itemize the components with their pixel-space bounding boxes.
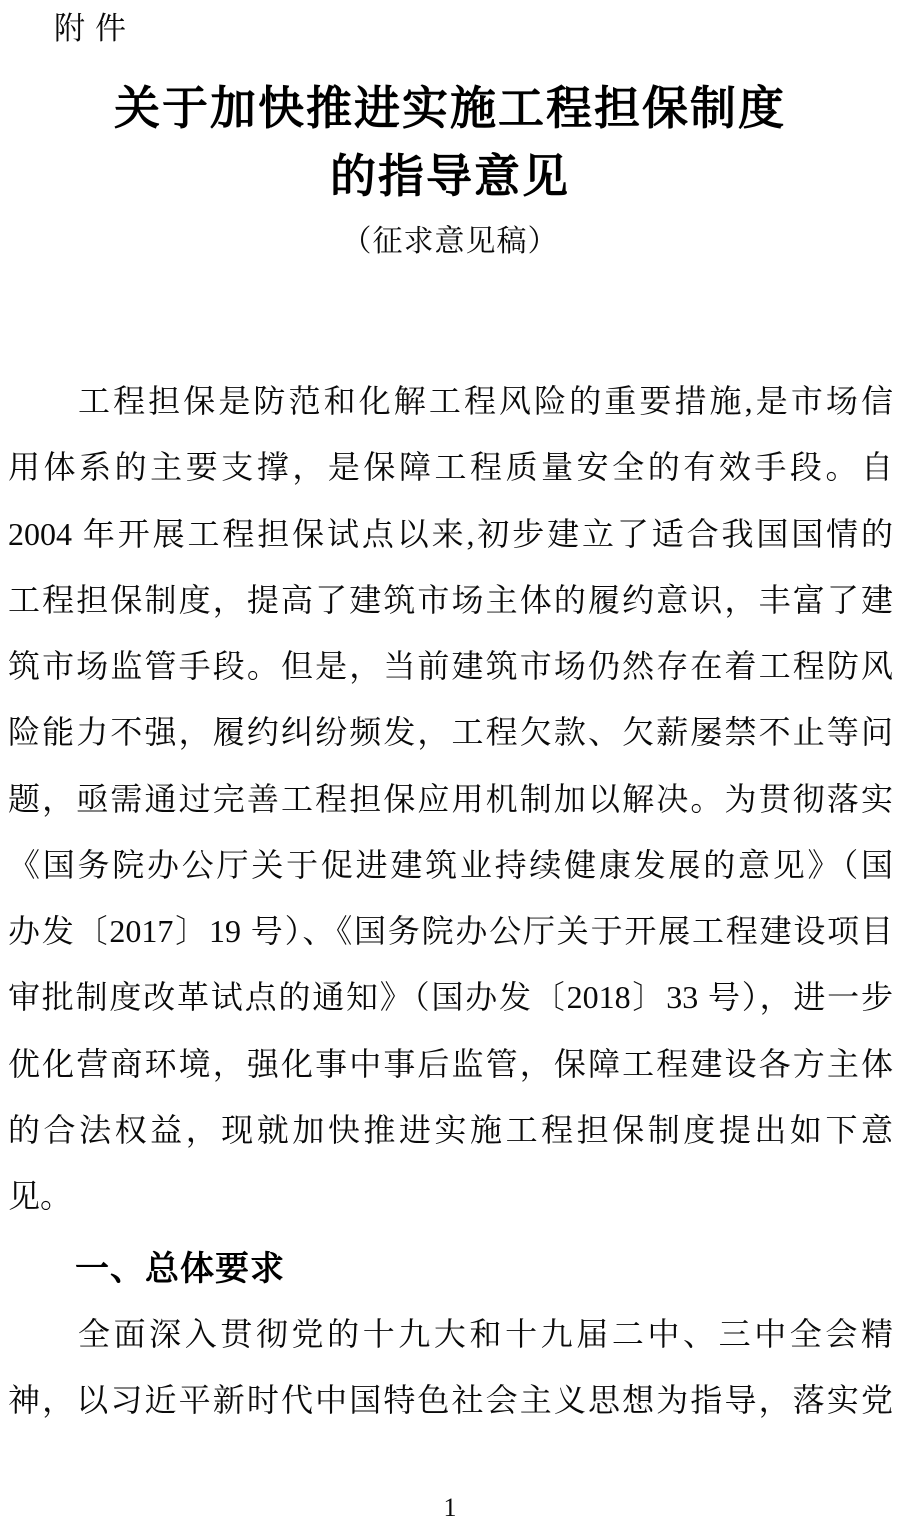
body-line: 题，亟需通过完善工程担保应用机制加以解决。为贯彻落实 (8, 766, 893, 832)
attachment-label: 附件 (54, 3, 136, 48)
body-line: 优化营商环境，强化事中事后监管，保障工程建设各方主体 (8, 1031, 893, 1097)
document-title-line1: 关于加快推进实施工程担保制度 (0, 72, 900, 138)
body-line: 筑市场监管手段。但是，当前建筑市场仍然存在着工程防风 (8, 633, 893, 699)
body-line: 用体系的主要支撑，是保障工程质量安全的有效手段。自 (8, 434, 893, 500)
body-line: 险能力不强，履约纠纷频发，工程欠款、欠薪屡禁不止等问 (8, 699, 893, 765)
document-page: 附件 关于加快推进实施工程担保制度 的指导意见 （征求意见稿） 工程担保是防范和… (0, 0, 900, 1531)
body-line: 的合法权益，现就加快推进实施工程担保制度提出如下意 (8, 1097, 893, 1163)
body-line: 办发〔2017〕19 号）、《国务院办公厅关于开展工程建设项目 (8, 898, 893, 964)
document-title-line2: 的指导意见 (0, 140, 900, 206)
document-subtitle: （征求意见稿） (0, 216, 900, 260)
body-line: 神，以习近平新时代中国特色社会主义思想为指导，落实党 (8, 1367, 893, 1433)
page-number: 1 (0, 1493, 900, 1523)
body-line: 审批制度改革试点的通知》（国办发〔2018〕33 号），进一步 (8, 964, 893, 1030)
body-line: 见。 (8, 1163, 893, 1229)
paragraph-general-requirements: 全面深入贯彻党的十九大和十九届二中、三中全会精 神，以习近平新时代中国特色社会主… (8, 1301, 893, 1434)
body-line: 全面深入贯彻党的十九大和十九届二中、三中全会精 (8, 1301, 893, 1367)
section-heading: 一、总体要求 (75, 1241, 285, 1290)
body-line: 《国务院办公厅关于促进建筑业持续健康发展的意见》（国 (8, 832, 893, 898)
body-line: 工程担保制度，提高了建筑市场主体的履约意识，丰富了建 (8, 567, 893, 633)
body-line: 2004 年开展工程担保试点以来,初步建立了适合我国国情的 (8, 501, 893, 567)
paragraph-intro: 工程担保是防范和化解工程风险的重要措施,是市场信 用体系的主要支撑，是保障工程质… (8, 368, 893, 1229)
body-line: 工程担保是防范和化解工程风险的重要措施,是市场信 (8, 368, 893, 434)
